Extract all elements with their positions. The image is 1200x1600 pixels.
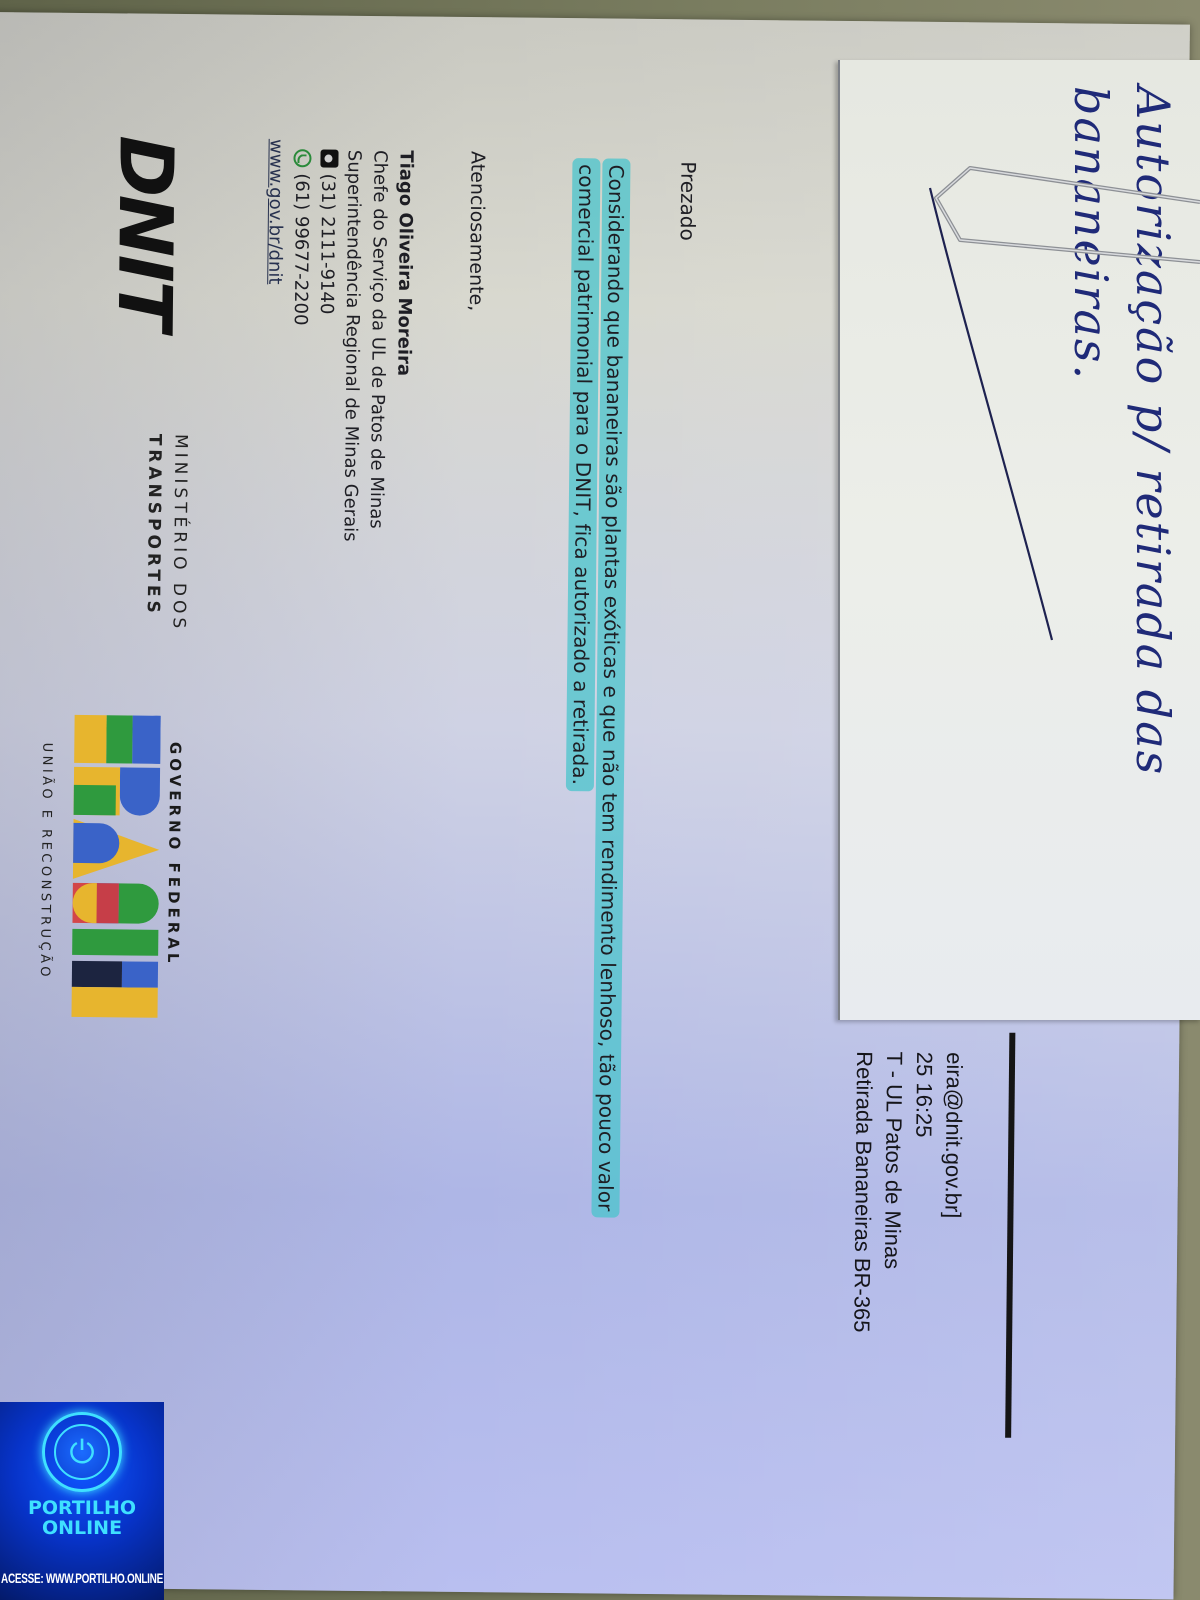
slogan: UNIÃO E RECONSTRUÇÃO — [37, 743, 54, 981]
power-icon: ⏻ — [64, 1432, 100, 1472]
ministry-line-2: TRANSPORTES — [140, 434, 168, 632]
email-header-rule — [1005, 1033, 1015, 1438]
highlighted-text: comercial patrimonial para o DNIT, fica … — [566, 158, 601, 791]
letter-closing: Atenciosamente, — [465, 151, 489, 311]
watermark-title-1: PORTILHO — [0, 1498, 164, 1518]
email-from: eira@dnit.gov.br] — [936, 1052, 969, 1334]
signature-whatsapp: (61) 99677-2200 — [290, 173, 313, 325]
letter-body-line-2: comercial patrimonial para o DNIT, fica … — [568, 158, 599, 791]
email-subject: Retirada Bananeiras BR-365 — [846, 1051, 879, 1333]
whatsapp-icon — [293, 149, 311, 167]
email-date: 25 16:25 — [906, 1052, 939, 1334]
watermark-tagline: ACESSE: WWW.PORTILHO.ONLINE — [0, 1572, 164, 1587]
signature-website-link[interactable]: www.gov.br/dnit — [264, 139, 287, 285]
signature-phone: (31) 2111-9140 — [316, 173, 338, 314]
watermark-title-2: ONLINE — [0, 1518, 164, 1538]
phone-icon — [320, 149, 338, 167]
ministry-name: MINISTÉRIO DOS TRANSPORTES — [140, 434, 194, 633]
signature-role: Chefe do Serviço da UL de Patos de Minas — [366, 150, 391, 529]
dnit-logo: DNIT — [101, 135, 189, 329]
governo-federal-label: GOVERNO FEDERAL — [164, 742, 184, 967]
paper-clip — [930, 140, 1200, 270]
ministry-line-1: MINISTÉRIO DOS — [166, 434, 194, 632]
email-to: T - UL Patos de Minas — [876, 1051, 909, 1333]
signature-name: Tiago Oliveira Moreira — [393, 150, 416, 376]
portilho-online-watermark[interactable]: ⏻ PORTILHO ONLINE ACESSE: WWW.PORTILHO.O… — [0, 1402, 164, 1600]
email-header: eira@dnit.gov.br] 25 16:25 T - UL Patos … — [846, 1051, 969, 1334]
letter-greeting: Prezado — [676, 161, 701, 241]
signature-unit: Superintendência Regional de Minas Gerai… — [339, 150, 364, 542]
brasil-logo — [71, 715, 160, 1026]
signature-whatsapp-row: (61) 99677-2200 — [290, 149, 313, 325]
signature-phone-row: (31) 2111-9140 — [316, 149, 339, 314]
